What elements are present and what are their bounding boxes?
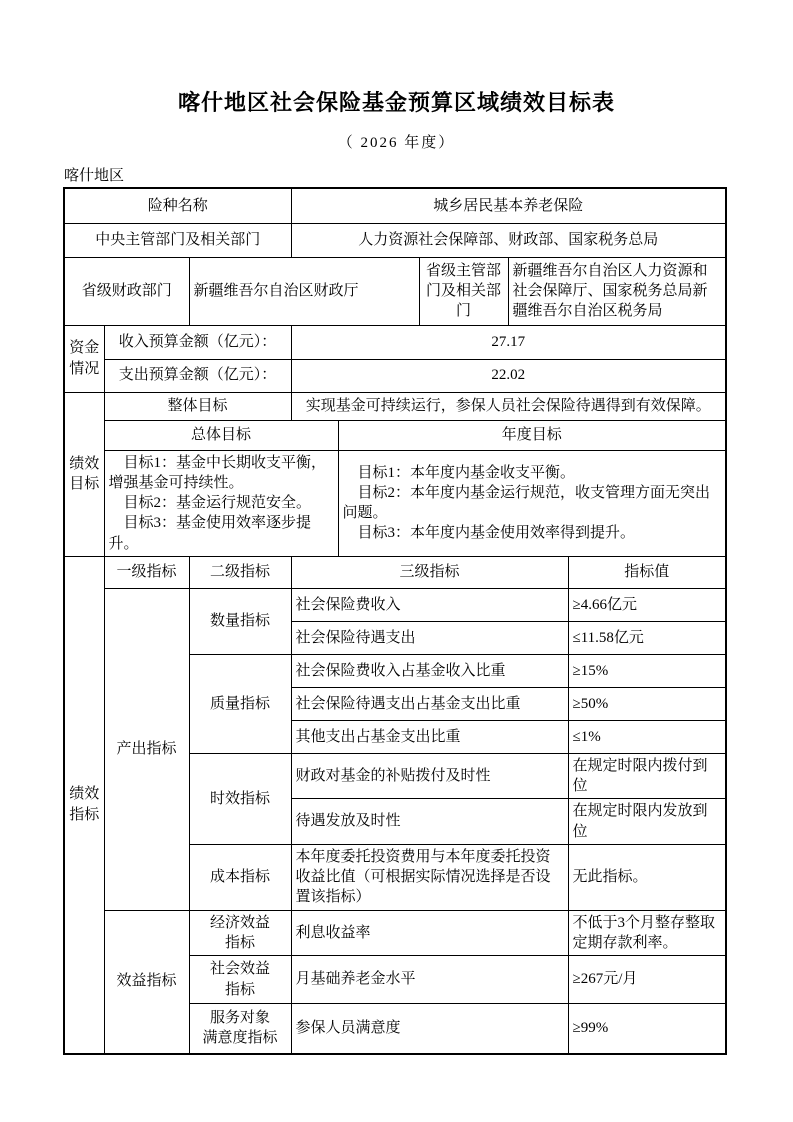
header-level1: 一级指标: [104, 556, 189, 588]
level2-timeliness: 时效指标: [189, 753, 291, 844]
region-label: 喀什地区: [64, 164, 793, 185]
page-title: 喀什地区社会保险基金预算区域绩效目标表: [0, 0, 793, 117]
indicator-name: 参保人员满意度: [291, 1004, 568, 1054]
indicator-value: 不低于3个月整存整取定期存款利率。: [568, 910, 726, 956]
header-level3: 三级指标: [291, 556, 568, 588]
annual-goals-cell: 目标1：本年度内基金收支平衡。 目标2：本年度内基金运行规范，收支管理方面无突出…: [338, 450, 726, 556]
annual-goal-3: 目标3：本年度内基金使用效率得到提升。: [343, 523, 722, 543]
income-budget-value: 27.17: [291, 325, 726, 359]
indicator-name: 社会保险待遇支出占基金支出比重: [291, 687, 568, 720]
general-goal-header: 总体目标: [104, 420, 338, 450]
indicator-value: ≥4.66亿元: [568, 588, 726, 621]
indicator-value: ≥99%: [568, 1004, 726, 1054]
row-income-budget: 资金 情况 收入预算金额（亿元）： 27.17: [64, 325, 726, 359]
row-overall-goal: 绩效 目标 整体目标 实现基金可持续运行，参保人员社会保险待遇得到有效保障。: [64, 392, 726, 420]
performance-target-table: 险种名称 城乡居民基本养老保险 中央主管部门及相关部门 人力资源社会保障部、财政…: [63, 187, 727, 1055]
row-goal-headers: 总体目标 年度目标: [64, 420, 726, 450]
expense-budget-label: 支出预算金额（亿元）：: [104, 359, 291, 392]
expense-budget-value: 22.02: [291, 359, 726, 392]
funds-section-label: 资金 情况: [64, 325, 104, 392]
provincial-dept-label: 省级主管部门及相关部门: [419, 257, 508, 325]
level2-economic: 经济效益 指标: [189, 910, 291, 956]
overall-goal-label: 整体目标: [104, 392, 291, 420]
row-insurance-type: 险种名称 城乡居民基本养老保险: [64, 188, 726, 223]
indicator-value: ≤1%: [568, 720, 726, 753]
provincial-finance-value: 新疆维吾尔自治区财政厅: [189, 257, 419, 325]
level2-quality: 质量指标: [189, 654, 291, 753]
page-subtitle: （ 2026 年度）: [0, 131, 793, 152]
indicators-section-label: 绩效 指标: [64, 556, 104, 1053]
indicator-value: 在规定时限内发放到位: [568, 799, 726, 845]
level2-quantity: 数量指标: [189, 588, 291, 654]
level1-benefit: 效益指标: [104, 910, 189, 1054]
general-goal-1: 目标1：基金中长期收支平衡，增强基金可持续性。: [109, 453, 334, 494]
header-value: 指标值: [568, 556, 726, 588]
general-goal-2: 目标2：基金运行规范安全。: [109, 493, 334, 513]
indicator-value: 无此指标。: [568, 844, 726, 910]
provincial-dept-value: 新疆维吾尔自治区人力资源和社会保障厅、国家税务总局新疆维吾尔自治区税务局: [508, 257, 726, 325]
insurance-type-value: 城乡居民基本养老保险: [291, 188, 726, 223]
indicator-value: ≤11.58亿元: [568, 621, 726, 654]
indicator-name: 社会保险费收入: [291, 588, 568, 621]
level2-satisfaction: 服务对象 满意度指标: [189, 1004, 291, 1054]
indicator-name: 本年度委托投资费用与本年度委托投资收益比值（可根据实际情况选择是否设置该指标）: [291, 844, 568, 910]
row-indicator-headers: 绩效 指标 一级指标 二级指标 三级指标 指标值: [64, 556, 726, 588]
indicator-name: 财政对基金的补贴拨付及时性: [291, 753, 568, 799]
indicator-value: ≥50%: [568, 687, 726, 720]
income-budget-label: 收入预算金额（亿元）：: [104, 325, 291, 359]
overall-goal-value: 实现基金可持续运行，参保人员社会保险待遇得到有效保障。: [291, 392, 726, 420]
central-dept-label: 中央主管部门及相关部门: [64, 223, 291, 257]
general-goal-3: 目标3：基金使用效率逐步提升。: [109, 513, 334, 554]
central-dept-value: 人力资源社会保障部、财政部、国家税务总局: [291, 223, 726, 257]
row-provincial-dept: 省级财政部门 新疆维吾尔自治区财政厅 省级主管部门及相关部门 新疆维吾尔自治区人…: [64, 257, 726, 325]
insurance-type-label: 险种名称: [64, 188, 291, 223]
general-goals-cell: 目标1：基金中长期收支平衡，增强基金可持续性。 目标2：基金运行规范安全。 目标…: [104, 450, 338, 556]
row-central-dept: 中央主管部门及相关部门 人力资源社会保障部、财政部、国家税务总局: [64, 223, 726, 257]
indicator-value: ≥267元/月: [568, 956, 726, 1004]
indicator-value: ≥15%: [568, 654, 726, 687]
level2-social: 社会效益 指标: [189, 956, 291, 1004]
goals-section-label: 绩效 目标: [64, 392, 104, 556]
indicator-name: 月基础养老金水平: [291, 956, 568, 1004]
indicator-value: 在规定时限内拨付到位: [568, 753, 726, 799]
indicator-name: 其他支出占基金支出比重: [291, 720, 568, 753]
annual-goal-2: 目标2：本年度内基金运行规范，收支管理方面无突出问题。: [343, 483, 722, 524]
row-expense-budget: 支出预算金额（亿元）： 22.02: [64, 359, 726, 392]
header-level2: 二级指标: [189, 556, 291, 588]
indicator-row: 产出指标 数量指标 社会保险费收入 ≥4.66亿元: [64, 588, 726, 621]
provincial-finance-label: 省级财政部门: [64, 257, 189, 325]
indicator-name: 待遇发放及时性: [291, 799, 568, 845]
indicator-name: 利息收益率: [291, 910, 568, 956]
row-goal-details: 目标1：基金中长期收支平衡，增强基金可持续性。 目标2：基金运行规范安全。 目标…: [64, 450, 726, 556]
indicator-row: 效益指标 经济效益 指标 利息收益率 不低于3个月整存整取定期存款利率。: [64, 910, 726, 956]
indicator-name: 社会保险待遇支出: [291, 621, 568, 654]
indicator-name: 社会保险费收入占基金收入比重: [291, 654, 568, 687]
level2-cost: 成本指标: [189, 844, 291, 910]
annual-goal-header: 年度目标: [338, 420, 726, 450]
document-page: 喀什地区社会保险基金预算区域绩效目标表 （ 2026 年度） 喀什地区 险种名称…: [0, 0, 793, 1122]
level1-output: 产出指标: [104, 588, 189, 910]
annual-goal-1: 目标1：本年度内基金收支平衡。: [343, 463, 722, 483]
